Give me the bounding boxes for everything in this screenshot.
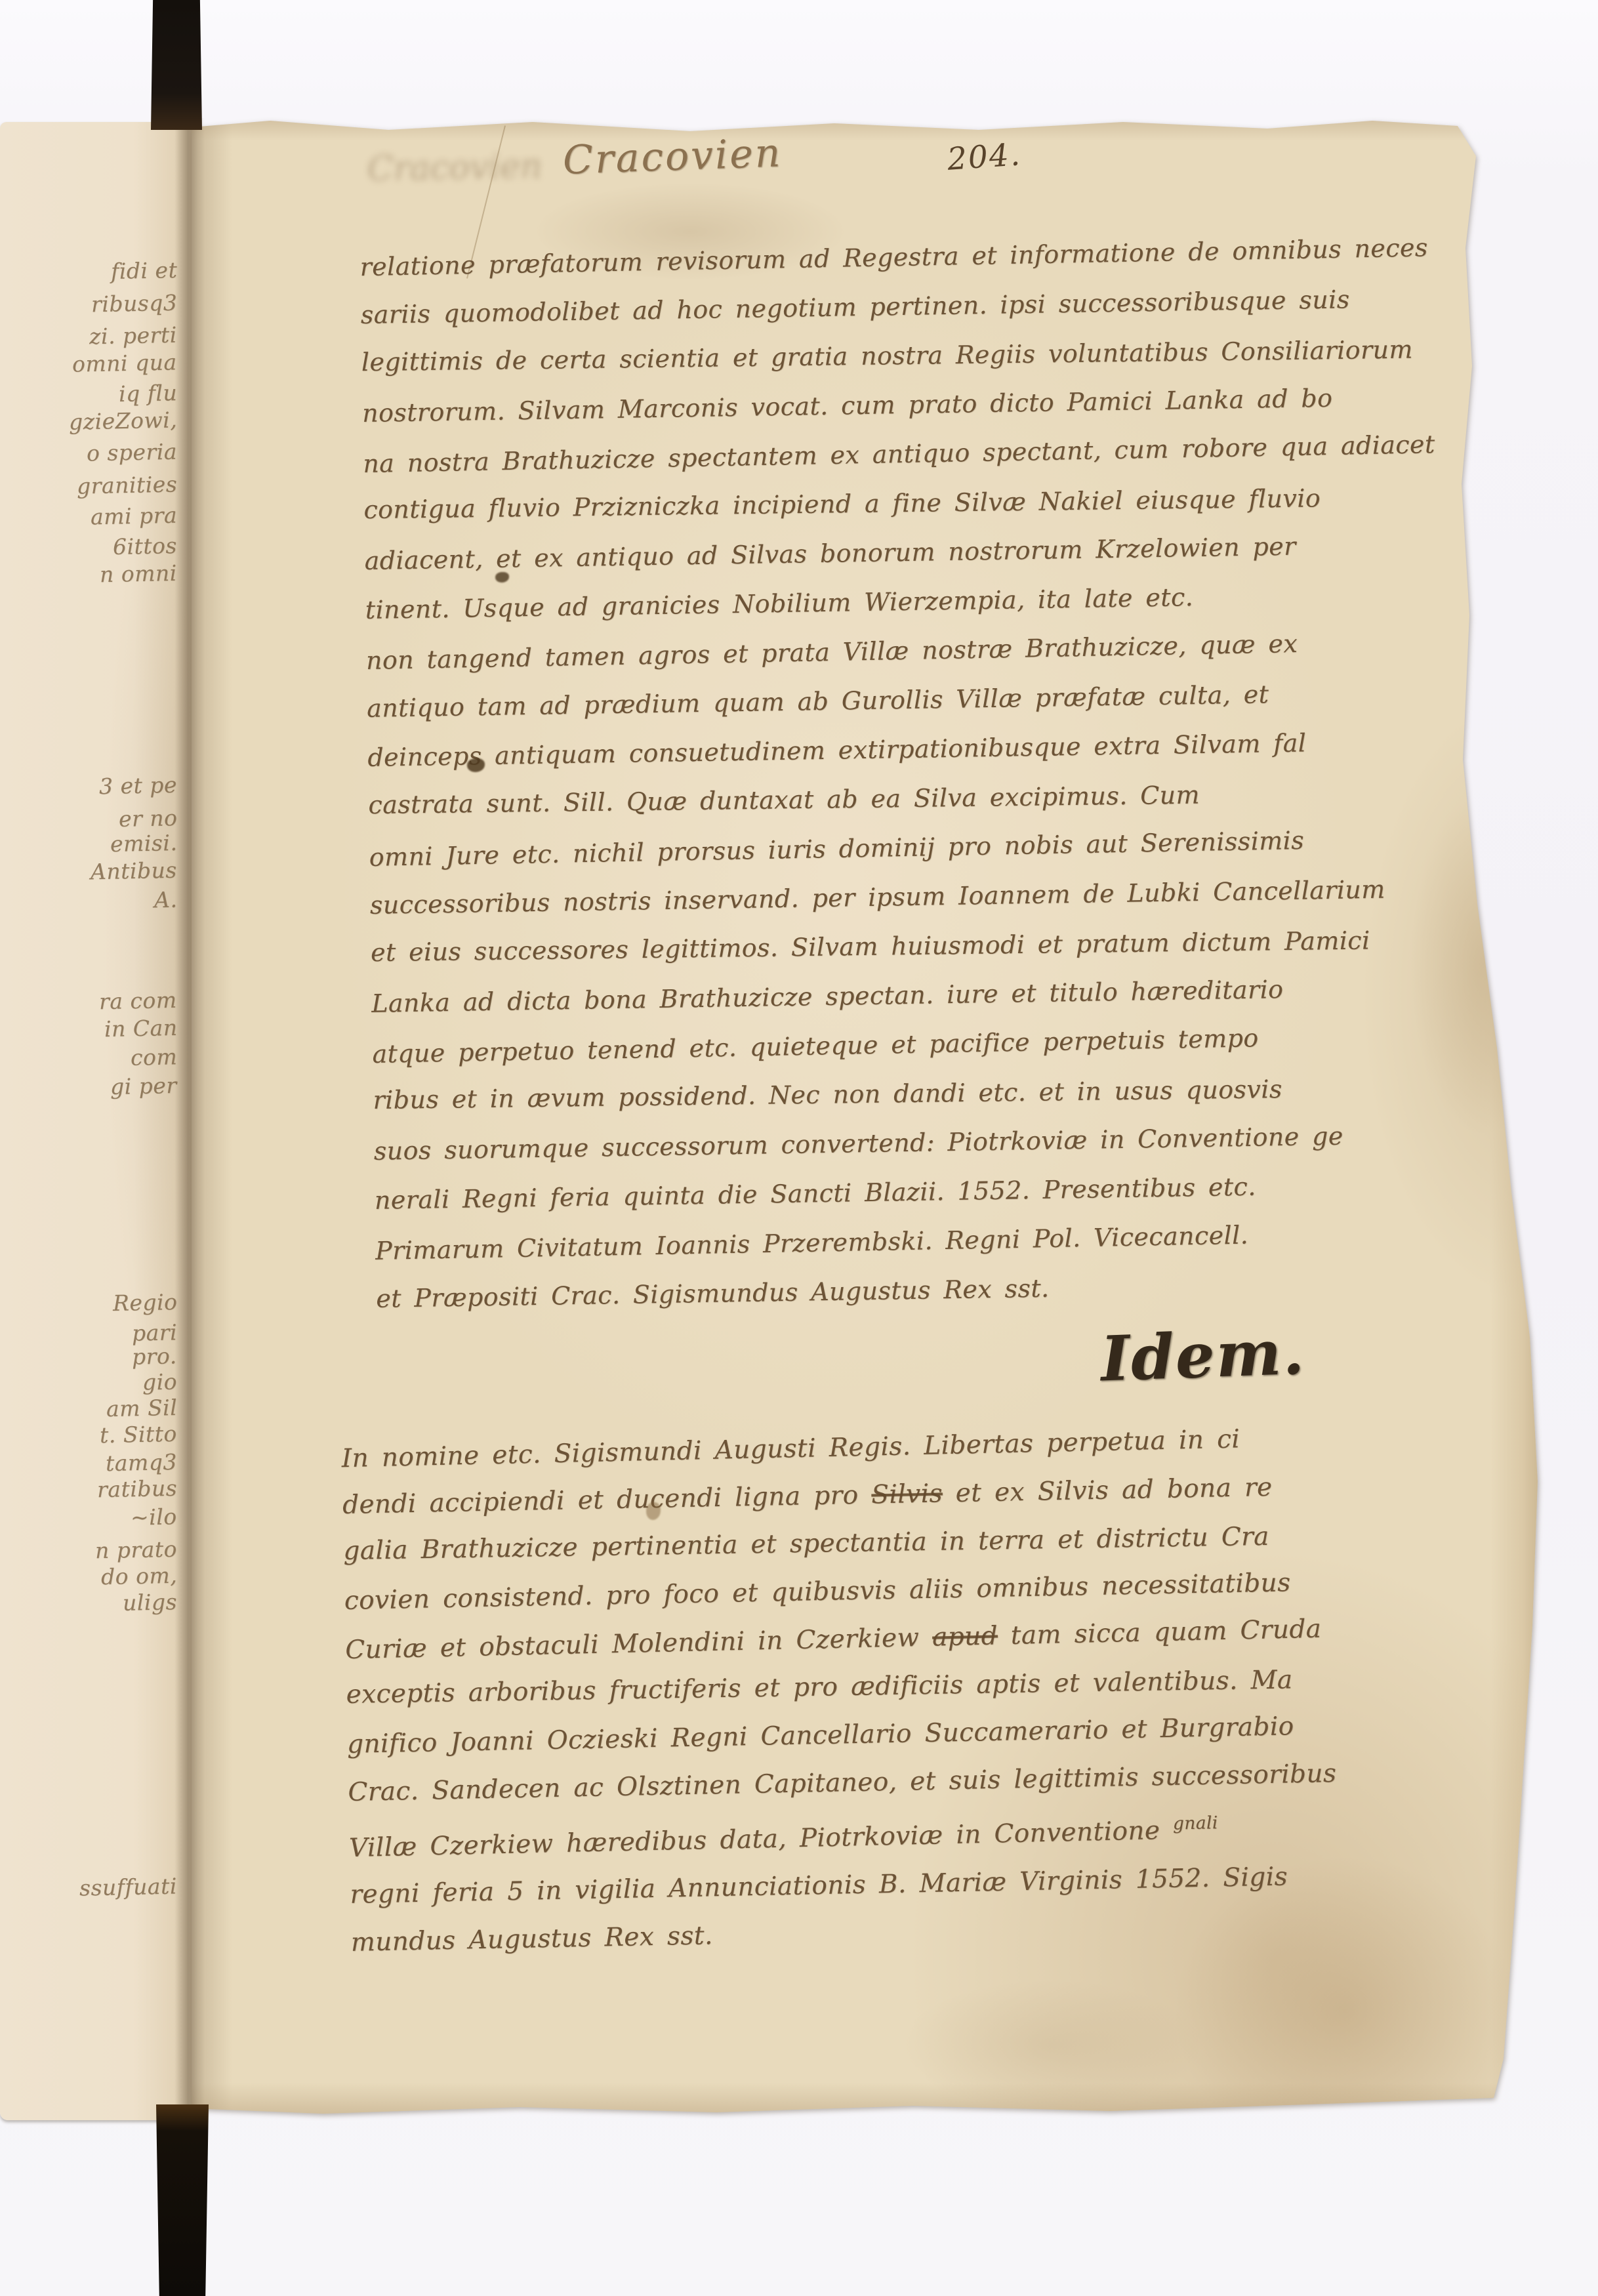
- manuscript-text: dendi accipiendi et ducendi ligna pro: [342, 1481, 872, 1520]
- facing-page-text-fragment: n omni: [100, 560, 178, 587]
- manuscript-text: legittimis de certa scientia et gratia n…: [361, 335, 1413, 377]
- facing-page-text-fragment: er no: [118, 805, 177, 832]
- facing-page-text-fragment: iq flu: [118, 380, 177, 407]
- facing-page-text-fragment: in Can: [104, 1015, 177, 1042]
- facing-page-text-fragment: fidi et: [110, 257, 177, 284]
- facing-page-text-fragment: gzieZowi,: [68, 407, 177, 434]
- facing-page-text-fragment: n prato: [95, 1536, 178, 1564]
- manuscript-text: galia Brathuzicze pertinentia et spectan…: [343, 1522, 1269, 1566]
- header-ink-smudge: Cracovien: [367, 147, 542, 190]
- facing-page-text-fragment: ami pra: [91, 502, 178, 530]
- manuscript-text: et Præpositi Crac. Sigismundus Augustus …: [376, 1274, 1050, 1313]
- manuscript-text: gnifico Joanni Oczieski Regni Cancellari…: [347, 1712, 1294, 1759]
- facing-page-text-fragment: zi. perti: [89, 322, 177, 350]
- page-number: 204.: [946, 136, 1022, 178]
- facing-page-text-fragment: granities: [76, 471, 177, 499]
- section-heading-idem: Idem.: [1099, 1317, 1306, 1396]
- page-gutter-shadow: [174, 118, 205, 2115]
- facing-page-text-fragment: uligs: [123, 1589, 178, 1616]
- facing-page-text-fragment: Antibus: [91, 857, 178, 885]
- manuscript-text: antiquo tam ad prædium quam ab Gurollis …: [367, 680, 1269, 723]
- manuscript-scan: fidi etribusq3zi. pertiomni quaiq flugzi…: [0, 0, 1598, 2296]
- manuscript-text: ribus et in ævum possidend. Nec non dand…: [373, 1075, 1282, 1115]
- facing-page-text-fragment: com: [130, 1044, 177, 1070]
- facing-page-text-fragment: gio: [142, 1368, 178, 1395]
- manuscript-page-wrap: Cracovien Cracovien 204. relatione præfa…: [192, 117, 1544, 2115]
- manuscript-text: et ex Silvis ad bona re: [942, 1473, 1273, 1509]
- binding-strip-top: [151, 0, 202, 130]
- manuscript-text: non tangend tamen agros et prata Villæ n…: [366, 629, 1298, 675]
- manuscript-text: Villæ Czerkiew hæredibus data, Piotrkovi…: [349, 1816, 1174, 1863]
- manuscript-text: na nostra Brathuzicze spectantem ex anti…: [363, 430, 1435, 478]
- facing-page-text-fragment: pro.: [132, 1343, 177, 1369]
- manuscript-text: castrata sunt. Sill. Quæ duntaxat ab ea …: [368, 781, 1200, 819]
- facing-page-text-fragment: ratibus: [97, 1475, 178, 1503]
- facing-page-text-fragment: ra com: [99, 987, 177, 1014]
- manuscript-text: nerali Regni feria quinta die Sancti Bla…: [375, 1172, 1256, 1215]
- facing-page-text-fragment: ssuffuati: [79, 1873, 178, 1900]
- manuscript-text: nostrorum. Silvam Marconis vocat. cum pr…: [362, 384, 1333, 428]
- facing-page-text-fragment: pari: [131, 1319, 177, 1345]
- struck-text: Silvis: [871, 1479, 943, 1509]
- paragraph-second-entry: In nomine etc. Sigismundi Augusti Regis.…: [341, 1412, 1453, 1967]
- facing-page-text-fragment: A.: [154, 887, 177, 913]
- facing-page-text-fragment: 6ittos: [113, 533, 178, 560]
- manuscript-text: sariis quomodolibet ad hoc negotium pert…: [360, 285, 1349, 329]
- manuscript-text: adiacent, et ex antiquo ad Silvas bonoru…: [364, 532, 1296, 575]
- facing-page-text-fragment: emisi.: [110, 830, 177, 857]
- manuscript-text: tam sicca quam Cruda: [997, 1614, 1321, 1651]
- manuscript-text: contigua fluvio Przizniczka incipiend a …: [363, 483, 1321, 524]
- manuscript-text: mundus Augustus Rex sst.: [350, 1921, 713, 1958]
- header-title: Cracovien: [562, 130, 783, 184]
- facing-page-text-fragment: omni qua: [72, 349, 177, 377]
- facing-page-text-fragment: ribusq3: [91, 290, 177, 318]
- parchment-stain: [1410, 794, 1555, 1135]
- facing-page-text-fragment: am Sil: [106, 1395, 177, 1422]
- manuscript-text: suos suorumque successorum convertend: P…: [373, 1122, 1343, 1166]
- manuscript-text: omni Jure etc. nichil prorsus iuris domi…: [369, 826, 1304, 872]
- manuscript-text: Primarum Civitatum Ioannis Przerembski. …: [375, 1221, 1249, 1265]
- binding-strip-bottom: [156, 2104, 209, 2296]
- manuscript-text: relatione præfatorum revisorum ad Regest…: [359, 233, 1428, 281]
- manuscript-text: deinceps antiquam consuetudinem extirpat…: [367, 728, 1307, 771]
- facing-page-text-fragment: do om,: [100, 1563, 177, 1589]
- parchment-stain: [900, 1980, 1202, 2111]
- facing-page-edge: fidi etribusq3zi. pertiomni quaiq flugzi…: [0, 122, 192, 2120]
- superscript-text: gnali: [1173, 1813, 1218, 1834]
- manuscript-text: tinent. Usque ad granicies Nobilium Wier…: [365, 583, 1193, 625]
- facing-page-text-fragment: 3 et pe: [99, 772, 178, 799]
- manuscript-page: Cracovien Cracovien 204. relatione præfa…: [192, 117, 1544, 2115]
- facing-page-text-fragment: ~ilo: [131, 1504, 177, 1530]
- manuscript-text: Lanka ad dicta bona Brathuzicze spectan.…: [371, 975, 1284, 1018]
- facing-page-text-fragment: gi per: [110, 1073, 177, 1099]
- manuscript-text: atque perpetuo tenend etc. quieteque et …: [372, 1023, 1259, 1069]
- manuscript-text: et eius successores legittimos. Silvam h…: [371, 926, 1370, 967]
- manuscript-text: successoribus nostris inservand. per ips…: [370, 875, 1385, 920]
- facing-page-text-fragment: Regio: [112, 1289, 177, 1316]
- paragraph-first-entry: relatione præfatorum revisorum ad Regest…: [359, 225, 1426, 1324]
- facing-page-text-fragment: tamq3: [106, 1449, 178, 1476]
- facing-page-text-fragment: o speria: [87, 439, 178, 466]
- manuscript-text: Curiæ et obstaculi Molendini in Czerkiew: [345, 1623, 933, 1666]
- manuscript-text: exceptis arboribus fructiferis et pro æd…: [346, 1665, 1293, 1710]
- facing-page-text-fragment: t. Sitto: [100, 1421, 178, 1448]
- struck-text: apud: [932, 1621, 998, 1652]
